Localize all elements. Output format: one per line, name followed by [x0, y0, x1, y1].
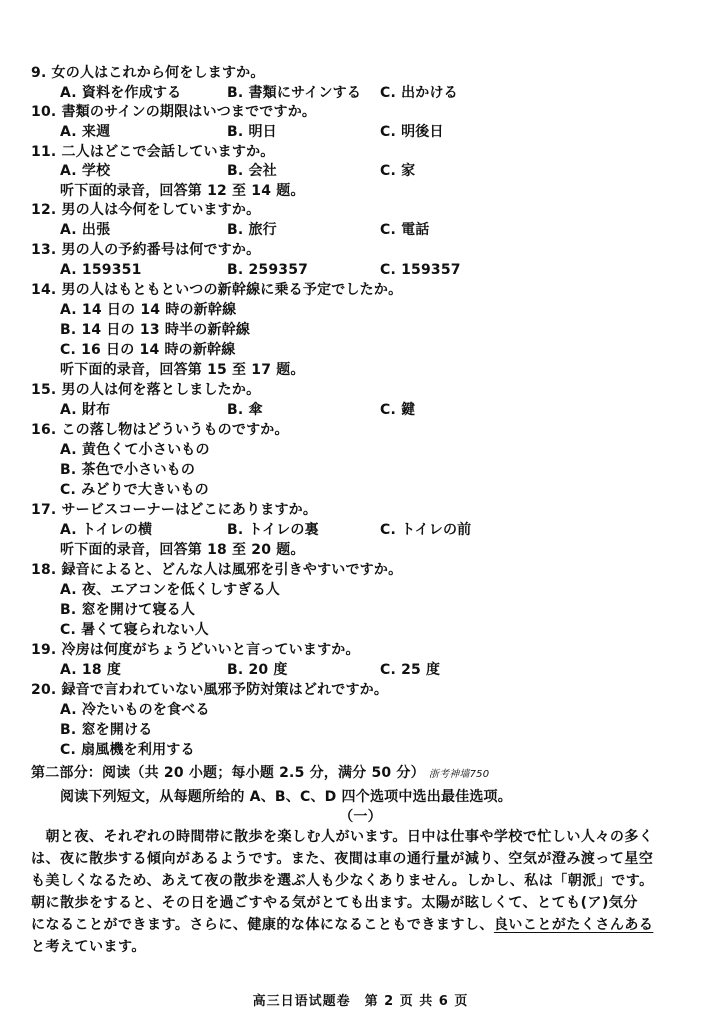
option-b: B. 14 日の 13 時半の新幹線 — [60, 320, 250, 340]
listening-instruction: 听下面的录音，回答第 12 至 14 题。 — [60, 181, 305, 201]
option-b: B. 窓を開ける — [60, 720, 152, 740]
option-c: C. 暑くて寝られない人 — [60, 620, 209, 640]
option-a: A. 夜、エアコンを低くしすぎる人 — [60, 580, 280, 600]
question-number: 19. — [31, 642, 56, 658]
question-number: 15. — [31, 382, 56, 398]
question-text: 冷房は何度がちょうどいいと言っていますか。 — [61, 642, 359, 658]
question-text: この落し物はどういうものですか。 — [61, 422, 288, 438]
question-16: 16. この落し物はどういうものですか。 — [31, 420, 289, 440]
option-a: A. 出張 — [60, 220, 110, 240]
question-text: 録音によると、どんな人は風邪を引きやすいですか。 — [61, 562, 402, 578]
question-text: 書類のサインの期限はいつまでですか。 — [61, 104, 316, 120]
question-text: 男の人はもともといつの新幹線に乗る予定でしたか。 — [61, 282, 402, 298]
question-13: 13. 男の人の予約番号は何ですか。 — [31, 240, 260, 260]
question-number: 11. — [31, 144, 56, 160]
option-a: A. 学校 — [60, 161, 110, 181]
question-text: サービスコーナーはどこにありますか。 — [61, 502, 317, 518]
question-17: 17. サービスコーナーはどこにありますか。 — [31, 500, 317, 520]
option-b: B. 明日 — [227, 122, 277, 142]
option-c: C. 25 度 — [380, 660, 440, 680]
option-c: C. 扇風機を利用する — [60, 740, 195, 760]
option-a: A. 159351 — [60, 260, 142, 280]
question-18: 18. 録音によると、どんな人は風邪を引きやすいですか。 — [31, 560, 402, 580]
question-number: 10. — [31, 104, 56, 120]
question-number: 9. — [31, 63, 46, 83]
option-b: B. 259357 — [227, 260, 308, 280]
question-text: 男の人は今何をしていますか。 — [61, 202, 260, 218]
question-number: 16. — [31, 422, 56, 438]
option-c: C. 家 — [380, 161, 415, 181]
option-c: C. 出かける — [380, 83, 458, 103]
question-9: 9. 女の人はこれから何をしますか。 — [31, 63, 265, 83]
question-10: 10. 書類のサインの期限はいつまでですか。 — [31, 102, 316, 122]
passage-line: は、夜に散歩する傾向があるようです。また、夜間は車の通行量が減り、空気が澄み渡っ… — [31, 849, 696, 869]
option-a: A. 資料を作成する — [60, 83, 181, 103]
options-15: A. 財布 B. 傘 C. 鍵 — [60, 400, 660, 420]
passage-line: 朝と夜、それぞれの時間帯に散歩を楽しむ人がいます。日中は仕事や学校で忙しい人々の… — [31, 827, 696, 847]
option-b: B. 旅行 — [227, 220, 277, 240]
section-heading: 第二部分：阅读（共 20 小题；每小题 2.5 分，满分 50 分）浙考神墙75… — [31, 763, 489, 783]
question-number: 20. — [31, 682, 56, 698]
underlined-phrase: 良いことがたくさんある — [494, 917, 654, 933]
option-a: A. 18 度 — [60, 660, 121, 680]
option-c: C. みどりで大きいもの — [60, 480, 209, 500]
option-b: B. 茶色で小さいもの — [60, 460, 195, 480]
options-17: A. トイレの横 B. トイレの裏 C. トイレの前 — [60, 520, 660, 540]
question-15: 15. 男の人は何を落としましたか。 — [31, 380, 260, 400]
question-number: 12. — [31, 202, 56, 218]
section-title: 第二部分：阅读（共 20 小题；每小题 2.5 分，满分 50 分） — [31, 765, 425, 781]
option-a: A. 財布 — [60, 400, 110, 420]
option-b: B. 書類にサインする — [227, 83, 361, 103]
option-a: A. 来週 — [60, 122, 110, 142]
question-text: 男の人は何を落としましたか。 — [61, 382, 260, 398]
question-12: 12. 男の人は今何をしていますか。 — [31, 200, 260, 220]
option-b: B. 窓を開けて寝る人 — [60, 600, 195, 620]
question-20: 20. 録音で言われていない風邪予防対策はどれですか。 — [31, 680, 388, 700]
option-b: B. トイレの裏 — [227, 520, 319, 540]
options-12: A. 出張 B. 旅行 C. 電話 — [60, 220, 660, 240]
passage-line: と考えています。 — [31, 937, 696, 957]
exam-page: 9. 女の人はこれから何をしますか。 A. 資料を作成する B. 書類にサインす… — [0, 0, 721, 1024]
reading-instruction: 阅读下列短文，从每题所给的 A、B、C、D 四个选项中选出最佳选项。 — [60, 787, 512, 807]
passage-line: も美しくなるため、あえて夜の散歩を選ぶ人も少なくありません。しかし、私は「朝派」… — [31, 871, 696, 891]
option-c: C. 鍵 — [380, 400, 415, 420]
question-text: 二人はどこで会話していますか。 — [61, 144, 274, 160]
question-text: 男の人の予約番号は何ですか。 — [61, 242, 260, 258]
option-c: C. 159357 — [380, 260, 461, 280]
option-c: C. 明後日 — [380, 122, 444, 142]
options-13: A. 159351 B. 259357 C. 159357 — [60, 260, 660, 280]
option-a: A. 黄色くて小さいもの — [60, 440, 210, 460]
options-9: A. 資料を作成する B. 書類にサインする C. 出かける — [60, 83, 660, 103]
question-14: 14. 男の人はもともといつの新幹線に乗る予定でしたか。 — [31, 280, 402, 300]
option-b: B. 20 度 — [227, 660, 288, 680]
watermark-text: 浙考神墙750 — [429, 769, 490, 780]
listening-instruction: 听下面的录音，回答第 18 至 20 题。 — [60, 540, 305, 560]
option-c: C. 16 日の 14 時の新幹線 — [60, 340, 235, 360]
passage-line: 朝に散歩をすると、その日を過ごすやる気がとても出ます。太陽が眩しくて、とても(ア… — [31, 893, 696, 913]
page-footer: 高三日语试题卷 第 2 页 共 6 页 — [0, 990, 721, 1009]
options-10: A. 来週 B. 明日 C. 明後日 — [60, 122, 660, 142]
passage-text: になることができます。さらに、健康的な体になることもできますし、 — [31, 917, 494, 933]
option-c: C. 電話 — [380, 220, 429, 240]
question-text: 女の人はこれから何をしますか。 — [52, 65, 265, 81]
question-number: 13. — [31, 242, 56, 258]
question-11: 11. 二人はどこで会話していますか。 — [31, 142, 274, 162]
question-number: 17. — [31, 502, 56, 518]
listening-instruction: 听下面的录音，回答第 15 至 17 题。 — [60, 360, 305, 380]
passage-line: になることができます。さらに、健康的な体になることもできますし、良いことがたくさ… — [31, 915, 696, 935]
question-number: 18. — [31, 562, 56, 578]
option-c: C. トイレの前 — [380, 520, 471, 540]
option-a: A. 冷たいものを食べる — [60, 700, 210, 720]
option-a: A. トイレの横 — [60, 520, 152, 540]
question-number: 14. — [31, 282, 56, 298]
question-19: 19. 冷房は何度がちょうどいいと言っていますか。 — [31, 640, 360, 660]
options-19: A. 18 度 B. 20 度 C. 25 度 — [60, 660, 660, 680]
option-b: B. 傘 — [227, 400, 263, 420]
question-text: 録音で言われていない風邪予防対策はどれですか。 — [61, 682, 388, 698]
options-11: A. 学校 B. 会社 C. 家 — [60, 161, 660, 181]
option-a: A. 14 日の 14 時の新幹線 — [60, 300, 236, 320]
passage-title: （一） — [0, 807, 721, 827]
option-b: B. 会社 — [227, 161, 277, 181]
